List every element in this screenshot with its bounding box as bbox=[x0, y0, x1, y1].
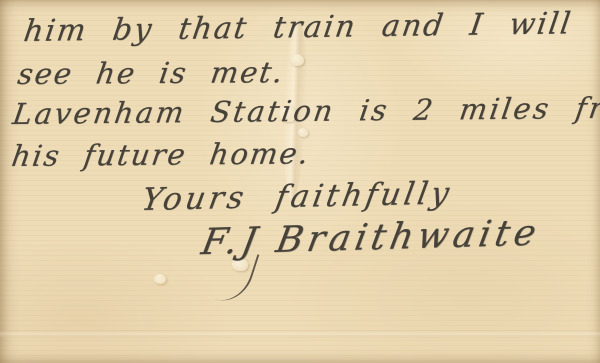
handwriting-line-1: him by that train and I will bbox=[21, 6, 574, 49]
handwriting-line-2: see he is met. bbox=[15, 55, 287, 91]
paper-chip-spot bbox=[290, 54, 304, 66]
handwriting-line-3: Lavenham Station is 2 miles from bbox=[10, 90, 600, 131]
letter-page: him by that train and I will see he is m… bbox=[0, 0, 600, 363]
paper-chip-spot bbox=[154, 274, 166, 284]
closing-line: Yours faithfully bbox=[139, 175, 455, 218]
paper-fold-line bbox=[0, 330, 600, 338]
handwriting-line-4: his future home. bbox=[9, 136, 312, 173]
